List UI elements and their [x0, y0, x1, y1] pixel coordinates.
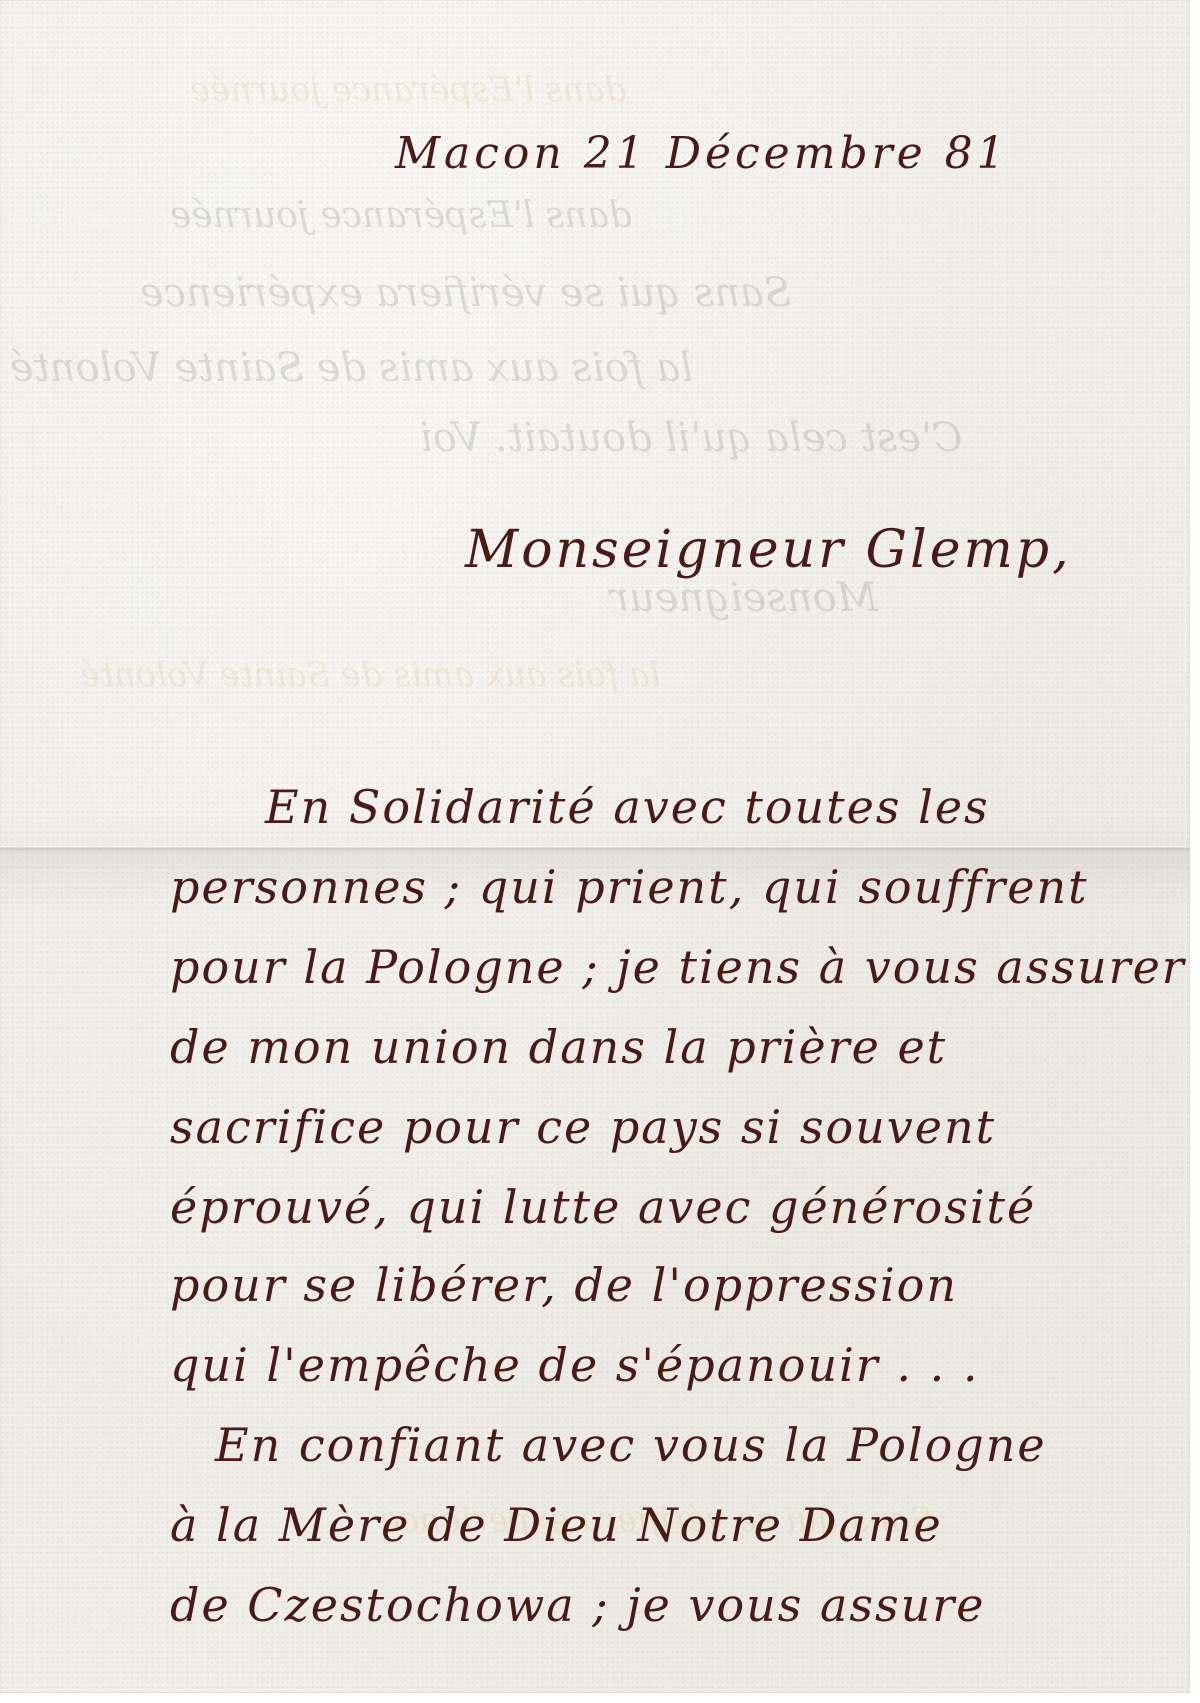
body-line: pour se libérer, de l'oppression: [170, 1258, 958, 1312]
body-line: En Solidarité avec toutes les: [265, 780, 990, 834]
salutation: Monseigneur Glemp,: [465, 520, 1072, 580]
body-line: sacrifice pour ce pays si souvent: [170, 1100, 996, 1154]
bleed-through-line: Sans qui se vérifiera expérience: [140, 270, 791, 316]
bleed-through-line: dans l'Espérance journée: [170, 195, 632, 236]
body-line: pour la Pologne ; je tiens à vous assure…: [170, 940, 1186, 994]
place-date: Macon 21 Décembre 81: [395, 128, 1009, 179]
body-line: personnes ; qui prient, qui souffrent: [170, 860, 1089, 914]
bleed-through-line: C'est cela qu'il doutait. Voi: [420, 415, 962, 461]
bleed-through-line: Monseigneur: [610, 575, 878, 621]
bleed-through-line: la fois aux amis de Sainte Volonté: [80, 655, 660, 695]
body-line: à la Mère de Dieu Notre Dame: [170, 1498, 943, 1552]
bleed-through-line: la fois aux amis de Sainte Volonté: [10, 345, 693, 391]
body-line: éprouvé, qui lutte avec générosité: [170, 1180, 1036, 1234]
body-line: de mon union dans la prière et: [170, 1020, 947, 1074]
body-line: En confiant avec vous la Pologne: [215, 1418, 1047, 1472]
bleed-through-line: dans l'Espérance journée: [190, 70, 626, 110]
letter-page: C'est cela qu'il doutait. Voi la fois au…: [0, 0, 1190, 1693]
body-line: qui l'empêche de s'épanouir . . .: [170, 1338, 980, 1392]
body-line: de Czestochowa ; je vous assure: [170, 1578, 985, 1632]
